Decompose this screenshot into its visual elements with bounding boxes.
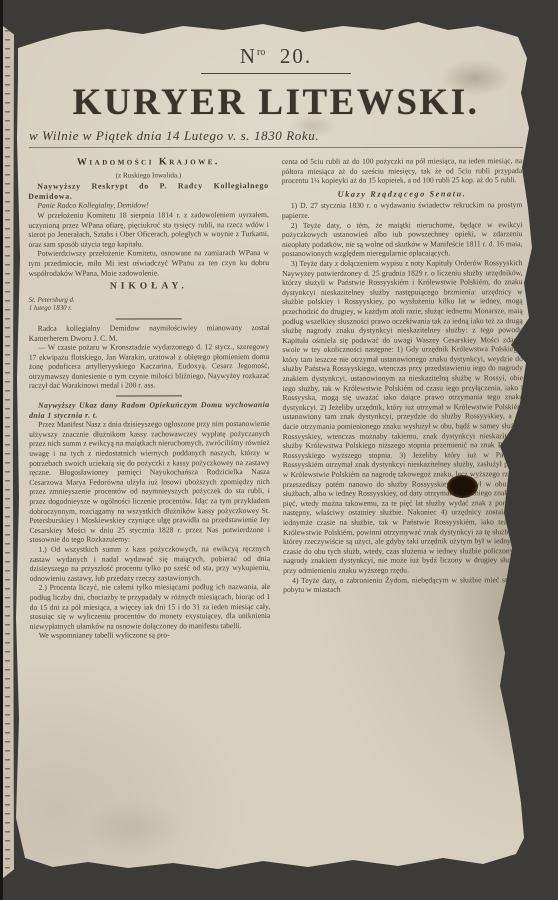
masthead-dateline: w Wilnie w Piątek dnia 14 Lutego v. s. 1… bbox=[29, 128, 523, 144]
issue-no: 20. bbox=[280, 44, 312, 68]
newspaper-page: Nro 20. KURYER LITEWSKI. w Wilnie w Piąt… bbox=[13, 18, 545, 880]
masthead-title: KURYER LITEWSKI. bbox=[29, 81, 523, 124]
paragraph: Naywyższy Ukaz dany Radom Opiekuńczym Do… bbox=[29, 400, 270, 420]
paragraph: NIKOŁAY. bbox=[29, 282, 270, 292]
section-rule bbox=[116, 318, 182, 319]
paragraph: Potwierdziwszy przełożenie Komitetu, osn… bbox=[28, 248, 269, 278]
paragraph: 1) D. 27 stycznia 1830 r. o wydawaniu św… bbox=[282, 201, 523, 221]
paragraph: 2) Teyże daty, o tém, że maiątki nieruch… bbox=[282, 220, 523, 259]
masthead-divider bbox=[29, 147, 523, 148]
paragraph: 1.) Od wszystkich summ z kass pożyczkowy… bbox=[30, 544, 271, 583]
paragraph: centa od 5ciu rubli aż do 100 pożyczki n… bbox=[282, 156, 523, 186]
paragraph: We wspomnianey tabelli wyliczone są pro- bbox=[30, 630, 271, 640]
adjacent-page-edge bbox=[3, 26, 14, 878]
right-column: centa od 5ciu rubli aż do 100 pożyczki n… bbox=[282, 156, 524, 640]
paragraph: 3) Teyże daty z dołączeniem wypisu z not… bbox=[282, 258, 524, 575]
scanner-edge-strip bbox=[0, 0, 3, 900]
paragraph: 1 lutego 1830 r. bbox=[29, 304, 270, 313]
issue-number: Nro 20. bbox=[201, 44, 351, 74]
paragraph: (z Ruskiego Inwalida.) bbox=[28, 171, 269, 181]
paragraph: 4) Teyże daty, o zabronieniu Żydom, nieb… bbox=[283, 575, 524, 595]
paragraph: Radca kollegialny Demidow naymiłościwiey… bbox=[29, 323, 270, 343]
section-rule bbox=[116, 395, 182, 396]
scanned-newspaper-screenshot: { "colors":{"background":"#3c3b38","pape… bbox=[0, 0, 558, 900]
issue-prefix: N bbox=[240, 44, 257, 68]
page-content: Nro 20. KURYER LITEWSKI. w Wilnie w Piąt… bbox=[13, 18, 545, 640]
paragraph: Wiadomości Krajowe. bbox=[28, 157, 269, 167]
paragraph: W przełożeniu Komitetu 18 sierpnia 1814 … bbox=[28, 210, 269, 249]
paragraph: — W czasie pożaru w Kronsztadzie wydarzo… bbox=[29, 342, 270, 391]
paragraph: Przez Manifest Nasz z dnia dzisieyszego … bbox=[29, 419, 270, 545]
paragraph: 2.) Procenta liczyć, nie całemi tylko mi… bbox=[30, 582, 271, 631]
paragraph: Naywyższy Reskrypt do P. Radcy Kollegial… bbox=[28, 181, 269, 201]
left-column: Wiadomości Krajowe.(z Ruskiego Inwalida.… bbox=[28, 157, 270, 641]
issue-superscript: ro bbox=[257, 47, 265, 58]
article-columns: Wiadomości Krajowe.(z Ruskiego Inwalida.… bbox=[28, 156, 524, 641]
paragraph: Ukazy Rządzącego Senatu. bbox=[282, 189, 523, 199]
ink-blot-stain bbox=[447, 475, 478, 498]
